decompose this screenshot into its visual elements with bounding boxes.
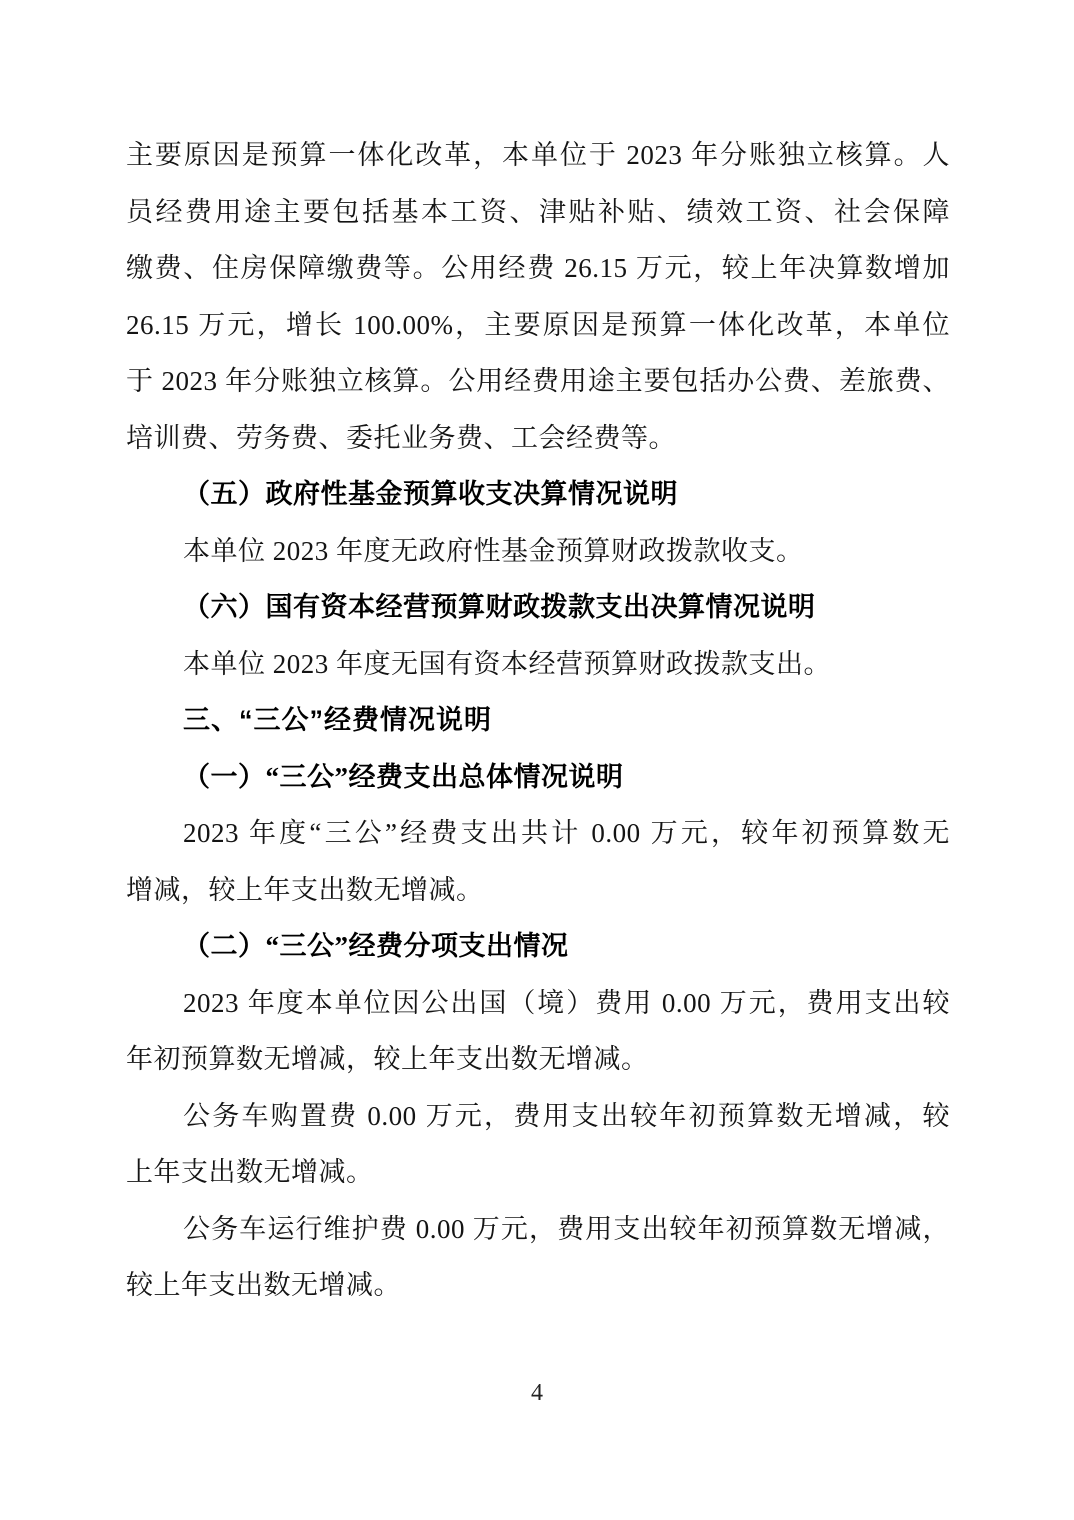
page-number: 4	[0, 1378, 1074, 1408]
text-line: 员经费用途主要包括基本工资、津贴补贴、绩效工资、社会保障	[126, 184, 950, 241]
text-line: 于 2023 年分账独立核算。公用经费用途主要包括办公费、差旅费、	[126, 353, 950, 410]
heading-section-5: （五）政府性基金预算收支决算情况说明	[126, 466, 950, 523]
document-body: 主要原因是预算一体化改革，本单位于 2023 年分账独立核算。人 员经费用途主要…	[126, 127, 950, 1314]
text-line: 增减，较上年支出数无增减。	[126, 862, 950, 919]
heading-chapter-3: 三、“三公”经费情况说明	[126, 692, 950, 749]
heading-sub-2: （二）“三公”经费分项支出情况	[126, 918, 950, 975]
text-line: 上年支出数无增减。	[126, 1144, 950, 1201]
text-line: 公务车运行维护费 0.00 万元，费用支出较年初预算数无增减，	[126, 1201, 950, 1258]
text-line: 公务车购置费 0.00 万元，费用支出较年初预算数无增减，较	[126, 1088, 950, 1145]
text-line: 较上年支出数无增减。	[126, 1257, 950, 1314]
text-line: 年初预算数无增减，较上年支出数无增减。	[126, 1031, 950, 1088]
text-line: 培训费、劳务费、委托业务费、工会经费等。	[126, 410, 950, 467]
text-line: 本单位 2023 年度无国有资本经营预算财政拨款支出。	[126, 636, 950, 693]
text-line: 本单位 2023 年度无政府性基金预算财政拨款收支。	[126, 523, 950, 580]
text-line: 2023 年度“三公”经费支出共计 0.00 万元，较年初预算数无	[126, 805, 950, 862]
heading-sub-1: （一）“三公”经费支出总体情况说明	[126, 749, 950, 806]
heading-section-6: （六）国有资本经营预算财政拨款支出决算情况说明	[126, 579, 950, 636]
text-line: 主要原因是预算一体化改革，本单位于 2023 年分账独立核算。人	[126, 127, 950, 184]
document-page: 主要原因是预算一体化改革，本单位于 2023 年分账独立核算。人 员经费用途主要…	[0, 0, 1074, 1520]
text-line: 缴费、住房保障缴费等。公用经费 26.15 万元，较上年决算数增加	[126, 240, 950, 297]
text-line: 26.15 万元，增长 100.00%，主要原因是预算一体化改革，本单位	[126, 297, 950, 354]
text-line: 2023 年度本单位因公出国（境）费用 0.00 万元，费用支出较	[126, 975, 950, 1032]
